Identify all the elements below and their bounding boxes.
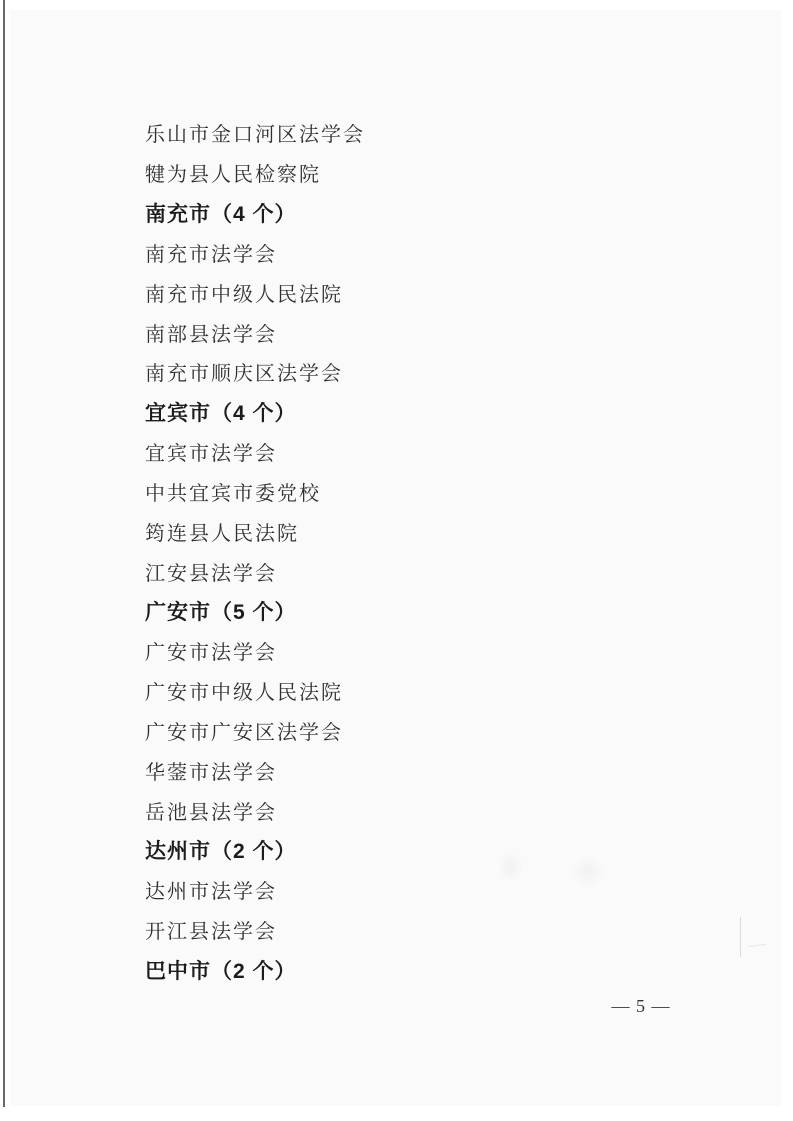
organization-item: 广安市法学会 (145, 631, 705, 671)
city-group-header: 南充市（4 个） (145, 193, 705, 233)
organization-item: 达州市法学会 (145, 870, 705, 910)
organization-item: 广安市中级人民法院 (145, 671, 705, 711)
city-group-header: 巴中市（2 个） (145, 950, 705, 990)
organization-item: 南充市中级人民法院 (145, 272, 705, 312)
city-group-header: 达州市（2 个） (145, 830, 705, 870)
organization-item: 南充市顺庆区法学会 (145, 352, 705, 392)
city-group-header: 宜宾市（4 个） (145, 392, 705, 432)
organization-item: 广安市广安区法学会 (145, 711, 705, 751)
organization-item: 开江县法学会 (145, 910, 705, 950)
page-number: — 5 — (596, 996, 686, 1017)
scan-smudge (498, 852, 524, 882)
organization-item: 南部县法学会 (145, 312, 705, 352)
organization-item: 江安县法学会 (145, 551, 705, 591)
organization-item: 中共宜宾市委党校 (145, 472, 705, 512)
organization-item: 筠连县人民法院 (145, 511, 705, 551)
organization-item: 南充市法学会 (145, 233, 705, 273)
scanned-document-canvas: 乐山市金口河区法学会 犍为县人民检察院 南充市（4 个） 南充市法学会 南充市中… (0, 0, 793, 1121)
organization-item: 宜宾市法学会 (145, 432, 705, 472)
organization-item: 岳池县法学会 (145, 790, 705, 830)
organization-item: 犍为县人民检察院 (145, 153, 705, 193)
organization-list: 乐山市金口河区法学会 犍为县人民检察院 南充市（4 个） 南充市法学会 南充市中… (145, 113, 705, 990)
scan-edge-line (3, 0, 5, 1107)
scan-smudge (572, 855, 604, 889)
organization-item: 华蓥市法学会 (145, 751, 705, 791)
city-group-header: 广安市（5 个） (145, 591, 705, 631)
scan-artifact-line (740, 917, 741, 957)
organization-item: 乐山市金口河区法学会 (145, 113, 705, 153)
